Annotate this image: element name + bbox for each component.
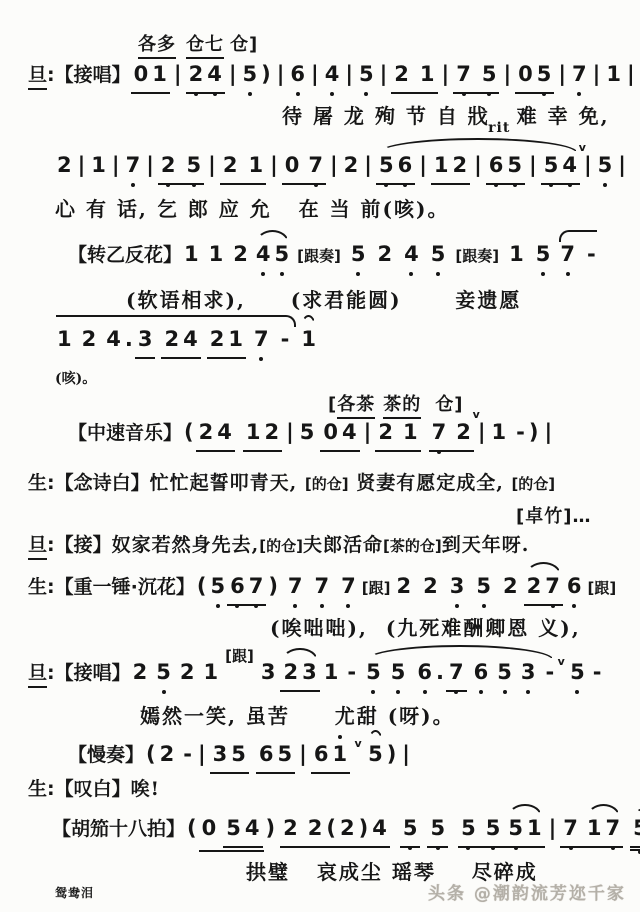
text: : [47,662,55,684]
barline: | [266,152,282,178]
note: 5 [534,241,553,267]
octave-dot-below [409,272,413,276]
octave-dot-below [479,690,483,694]
note: 1 [604,61,623,87]
beam-group: 65 [256,741,295,774]
text: 各多 [138,30,176,59]
octave-dot-below [384,183,388,187]
slur-group: 17 [585,815,622,844]
note: 4 [215,419,234,445]
octave-dot-below [436,272,440,276]
lyrics-line-2: 心 有 话, 乞 郎 应 允 在 当 前(咳)。 [55,193,449,222]
note: 7 [313,573,332,599]
note: 4 [205,61,224,87]
score-line-7: 旦:【接唱】2521[跟]3231-556.7653-v5- [28,658,604,692]
note: 5 [276,741,295,767]
text: 【念诗白】 [55,468,150,495]
note: ( [182,419,196,445]
note: . [434,659,446,685]
octave-dot-below [261,272,265,276]
note: 5 [208,573,227,599]
note: - [591,659,604,685]
note: 5 [298,419,317,445]
tie-group: 7- [558,241,597,270]
note: 7 [543,573,562,599]
slur-group: 51 [506,815,543,844]
note: 7 [339,573,358,599]
barline: | [470,152,486,178]
beam-group: 21 [391,61,437,94]
octave-dot-below [611,846,615,850]
octave-dot-below [408,846,412,850]
note: 5 [495,659,514,685]
beam-group: 7 [446,659,467,692]
barline: | [170,61,186,87]
note: 2 [306,815,325,841]
text: : [47,64,55,86]
beam-group: 24 [186,61,225,94]
note: 7 [604,815,623,841]
barline: | [580,152,596,178]
barline: | [376,61,392,87]
note: 1 [226,326,245,352]
text: 仓] [435,390,463,416]
slur-group: 23 [280,659,319,692]
note: 6 [415,659,434,685]
note: 4 [323,61,342,87]
lyrics-line-7: 拱璧 哀成尘 瑶琴 尽碎成 [246,856,538,885]
barline: | [74,152,90,178]
percussion-label-raised: [跟] [223,645,256,666]
note: 6 [257,741,276,767]
score-line-1: 旦:【接唱】01|24|5)|6|4|5|21|75|05|7|1| [28,60,639,94]
note: 1 [418,61,437,87]
octave-dot-below [436,846,440,850]
score-line-5: 【中速音乐】(2412|504|2172v|1-)| [68,418,556,452]
beam-group: 61 [311,741,350,774]
note: 1 [490,419,509,445]
note: ) [266,573,280,599]
note: 7 [286,573,305,599]
score-line-3: 【转乙反花】11245[跟奏]5245[跟奏]157- [68,240,598,270]
octave-dot-below [213,92,217,96]
note: 1 [432,152,451,178]
text: 【转乙反花】 [68,240,182,267]
beam-group: 54 [223,815,262,848]
text: [跟奏] [297,245,341,266]
note: 1 [401,419,420,445]
text: 【中速音乐】 [68,418,182,445]
note: 6 [565,573,584,599]
note: 7 [447,659,466,685]
note: 4 [402,241,421,267]
note: 2 [159,152,178,178]
note: 5 [349,241,368,267]
octave-dot-below [487,92,491,96]
slur-group: 556.7653- [364,659,556,692]
note: ( [144,741,158,767]
lyrics-line-4: (咳)。 [55,368,96,388]
note: 1 [299,326,318,352]
octave-dot-below [248,92,252,96]
note: 1 [207,241,226,267]
percussion-mid: [各茶茶的仓] [328,390,463,419]
beam-group: 27 [524,573,563,606]
note: 5 [542,152,561,178]
note: 2 [395,573,414,599]
note: - [181,741,194,767]
beam-group: 04 [320,419,359,452]
breath-mark: v [556,655,566,668]
note: - [543,659,556,685]
note: 2 [392,61,411,87]
note: . [123,326,135,352]
octave-dot-below [577,92,581,96]
barline: | [525,152,541,178]
note: 1 [55,326,74,352]
slur-group: 45 [254,241,291,270]
barline: | [204,152,220,178]
beam-group: 54v [541,152,580,185]
note: 5 [505,152,524,178]
beam-group: 21 [220,152,266,185]
note: 2 [55,152,74,178]
octave-dot-below [454,690,458,694]
barline: | [360,419,376,445]
lyrics-line-1: 待 屠 龙 殉 节 自 戕 难 幸 免, [282,100,610,129]
barline: | [282,419,298,445]
lyrics-line-6: 嫣然一笑, 虽苦 尤甜 (呀)。 [140,700,455,729]
barline: | [545,815,561,841]
barline: | [398,741,414,767]
barline: | [225,61,241,87]
octave-dot-below [491,846,495,850]
text: 旦 [28,658,47,688]
note: 2 [197,419,216,445]
text: [跟奏] [455,245,499,266]
text: 【胡笳十八拍】 [52,814,185,841]
octave-dot-below [280,272,284,276]
note: ) [357,815,371,841]
breath-mark: v [353,737,363,750]
barline: | [474,419,490,445]
octave-dot-below [572,604,576,608]
note: 0 [132,61,151,87]
text: [的仓] [511,473,555,494]
note: 2 [281,815,300,841]
octave-dot-below [455,604,459,608]
octave-dot-below [549,183,553,187]
note: 5 [185,152,204,178]
text: [的仓] [259,535,303,556]
note: 2 [501,573,520,599]
text: [ [328,394,337,415]
text: 唉! [131,774,160,801]
octave-dot-below [296,92,300,96]
note: 1 [89,152,108,178]
note: 5 [631,815,640,841]
text: [茶的仓] [383,535,442,556]
text: 忙忙起誓叩青天, [150,468,305,495]
barline: | [540,419,556,445]
note: 3 [211,741,230,767]
text: 茶的 [383,390,421,419]
octave-dot-below [482,604,486,608]
beam-group: 01 [131,61,170,94]
beam-group: 5457 [630,815,640,848]
octave-dot-below [403,183,407,187]
beam-group: 23 [280,659,319,692]
note: 5 [568,659,587,685]
note: ) [527,419,541,445]
note: 7 [430,419,449,445]
spoken-sigh: 生:【叹白】唉! [28,774,160,804]
note: 2 [231,241,250,267]
note: 5 [364,659,383,685]
beam-group: 5551 [458,815,545,848]
spoken-line-dan: 旦:【接】奴家若然身先去,[的仓]夫郎活命[茶的仓]到天年呀. [28,530,529,560]
octave-dot-below [162,690,166,694]
note: 3 [259,659,278,685]
octave-dot-below [293,604,297,608]
barline: | [438,61,454,87]
note: 4 [104,326,123,352]
percussion-top: 各多仓七仓] [138,30,258,59]
octave-dot-below [330,92,334,96]
octave-dot-below [541,272,545,276]
octave-dot-below [575,690,579,694]
beam-group: 24 [161,326,200,359]
octave-dot-below [503,690,507,694]
barline: | [554,61,570,87]
beam-group: 75 [453,61,499,94]
note: 5 [377,152,396,178]
note: 7 [558,241,577,267]
octave-dot-below [314,183,318,187]
octave-dot-below [526,690,530,694]
beam-group: 25 [158,152,204,185]
note: 5 [224,815,243,841]
note: ( [195,573,209,599]
barline: | [614,152,630,178]
score-line-4: 124.324217-1 [55,326,318,359]
text: 【慢奏】 [68,740,144,767]
text: 旦 [28,530,47,560]
octave-dot-below [131,183,135,187]
note: 7 [570,61,589,87]
octave-dot-below [396,690,400,694]
octave-dot-above [338,735,342,739]
note: 1 [330,741,349,767]
note: 4 [254,241,273,267]
text: 【叹白】 [55,774,131,801]
octave-dot-below [423,690,427,694]
octave-dot-below [462,92,466,96]
note: 3 [300,659,319,685]
note: 2 [187,61,206,87]
barline: | [360,152,376,178]
note: 6 [487,152,506,178]
opera-score-sheet: 鸳鸯泪 头条 @潮韵流芳迩千家 各多仓七仓]旦:【接唱】01|24|5)|6|4… [0,0,640,912]
note: 1 [322,659,341,685]
note: 5 [389,659,408,685]
note: 2 [451,152,470,178]
note: 4 [243,815,262,841]
note: 3 [448,573,467,599]
barline: | [295,741,311,767]
note: ( [185,815,199,841]
note: 1 [585,815,604,841]
note: 2 [421,573,440,599]
text: 【重一锤·沉花】 [55,572,195,599]
beam-group: 07 [282,152,326,185]
beam-group: 72v [429,419,474,452]
beam-group: 054 [199,815,264,852]
barline: | [589,61,605,87]
note: 3 [136,326,155,352]
note: 2 [221,152,240,178]
beam-group: 5 [427,815,448,848]
beam-group: 12 [431,152,470,185]
note: 0 [321,419,340,445]
note: 1 [507,241,526,267]
text: 夫郎活命 [303,530,383,557]
note: 2 [131,659,150,685]
octave-dot-below [569,846,573,850]
lyrics-line-3: (软语相求), (求君能圆) 妾遗愿 [126,284,521,313]
octave-dot-below [254,604,258,608]
octave-dot-below [514,846,518,850]
slur-group: rit56|12|65|54v [376,152,580,185]
slur-arc [378,138,578,153]
octave-dot-below [566,272,570,276]
slur-group: 27 [524,573,563,606]
barline: | [273,61,289,87]
note: 2 [281,659,300,685]
note: 5 [154,659,173,685]
octave-dot-below [364,92,368,96]
note: ( [324,815,338,841]
barline: | [194,741,210,767]
text: [跟] [588,577,617,598]
percussion-zhuozhu: [卓竹]… [516,502,591,528]
barline: | [623,61,639,87]
note: 2 [338,815,357,841]
note: 3 [519,659,538,685]
tie-group: 124.324217- [55,326,297,359]
note: 5 [240,61,259,87]
beam-group: 21 [375,419,420,452]
text: 【接】 [55,530,112,557]
octave-dot-below [371,690,375,694]
text: 仓] [230,30,258,56]
note: 5 [273,241,292,267]
beam-group: 5 [400,815,421,848]
note: 4 [370,815,389,841]
note: 4 [181,326,200,352]
note: 5 [484,815,503,841]
note: 5 [401,815,420,841]
beam-group: 717 [560,815,623,848]
note: 5 [506,815,525,841]
note: 2 [162,326,181,352]
note: 7 [124,152,143,178]
note: 6 [396,152,415,178]
text: 【接唱】 [55,60,131,87]
octave-dot-below [216,604,220,608]
note: 2 [376,419,395,445]
octave-dot-below [466,846,470,850]
note: 2v [454,419,473,445]
note: - [585,241,598,267]
score-title-footnote: 鸳鸯泪 [55,884,94,901]
octave-dot-below [437,450,441,454]
note: 5 [459,815,478,841]
note: 1 [525,815,544,841]
note: - [279,326,292,352]
octave-dot-below [568,183,572,187]
note: 1 [244,419,263,445]
note: 2 [158,741,177,767]
note: 2 [208,326,227,352]
note: 5 [366,741,385,767]
note: 5 [428,815,447,841]
text: 到天年呀. [442,530,530,557]
note: - [514,419,527,445]
octave-dot-below [542,92,546,96]
note: 1 [202,659,221,685]
barline: | [415,152,431,178]
score-line-6: 生:【重一锤·沉花】(567)777[跟]22352276[跟] [28,572,616,606]
note: 7 [454,61,473,87]
text: 奴家若然身先去, [112,530,260,557]
lyrics-line-5: (唉咄咄), (九死难酬卿恩 义), [270,612,581,641]
note: 0 [283,152,302,178]
note: 7 [247,573,266,599]
octave-dot-below [259,357,263,361]
note: - [345,659,358,685]
beam-group: 56 [376,152,415,185]
text: 各茶 [337,390,375,419]
octave-dot-below [551,604,555,608]
score-line-2: 2|1|7|25|21|07|2|rit56|12|65|54v|5| [55,152,630,185]
text: [的仓] [305,473,349,494]
note: ) [385,741,399,767]
text: 仓七 [186,30,224,59]
note: 6 [288,61,307,87]
text: 贤妻有愿定成全, [349,468,512,495]
text: 生: [28,468,55,495]
score-line-8: 【慢奏】(2-|3565|61v5)| [68,740,414,774]
note: 2 [342,152,361,178]
slur-group: 1 [299,326,318,355]
note: 5 [535,61,554,87]
score-line-9: 【胡笳十八拍】(054)22(2)4555551|7175457 [52,814,640,852]
octave-dot-below [494,183,498,187]
octave-dot-below [346,604,350,608]
barline: | [499,61,515,87]
note: 2 [80,326,99,352]
octave-dot-below [513,183,517,187]
note: 4 [340,419,359,445]
note: 7 [252,326,271,352]
octave-dot-below [603,183,607,187]
barline: | [341,61,357,87]
octave-dot-below [192,183,196,187]
note: ) [259,61,273,87]
text: 旦 [28,60,47,90]
note: 5 [474,573,493,599]
